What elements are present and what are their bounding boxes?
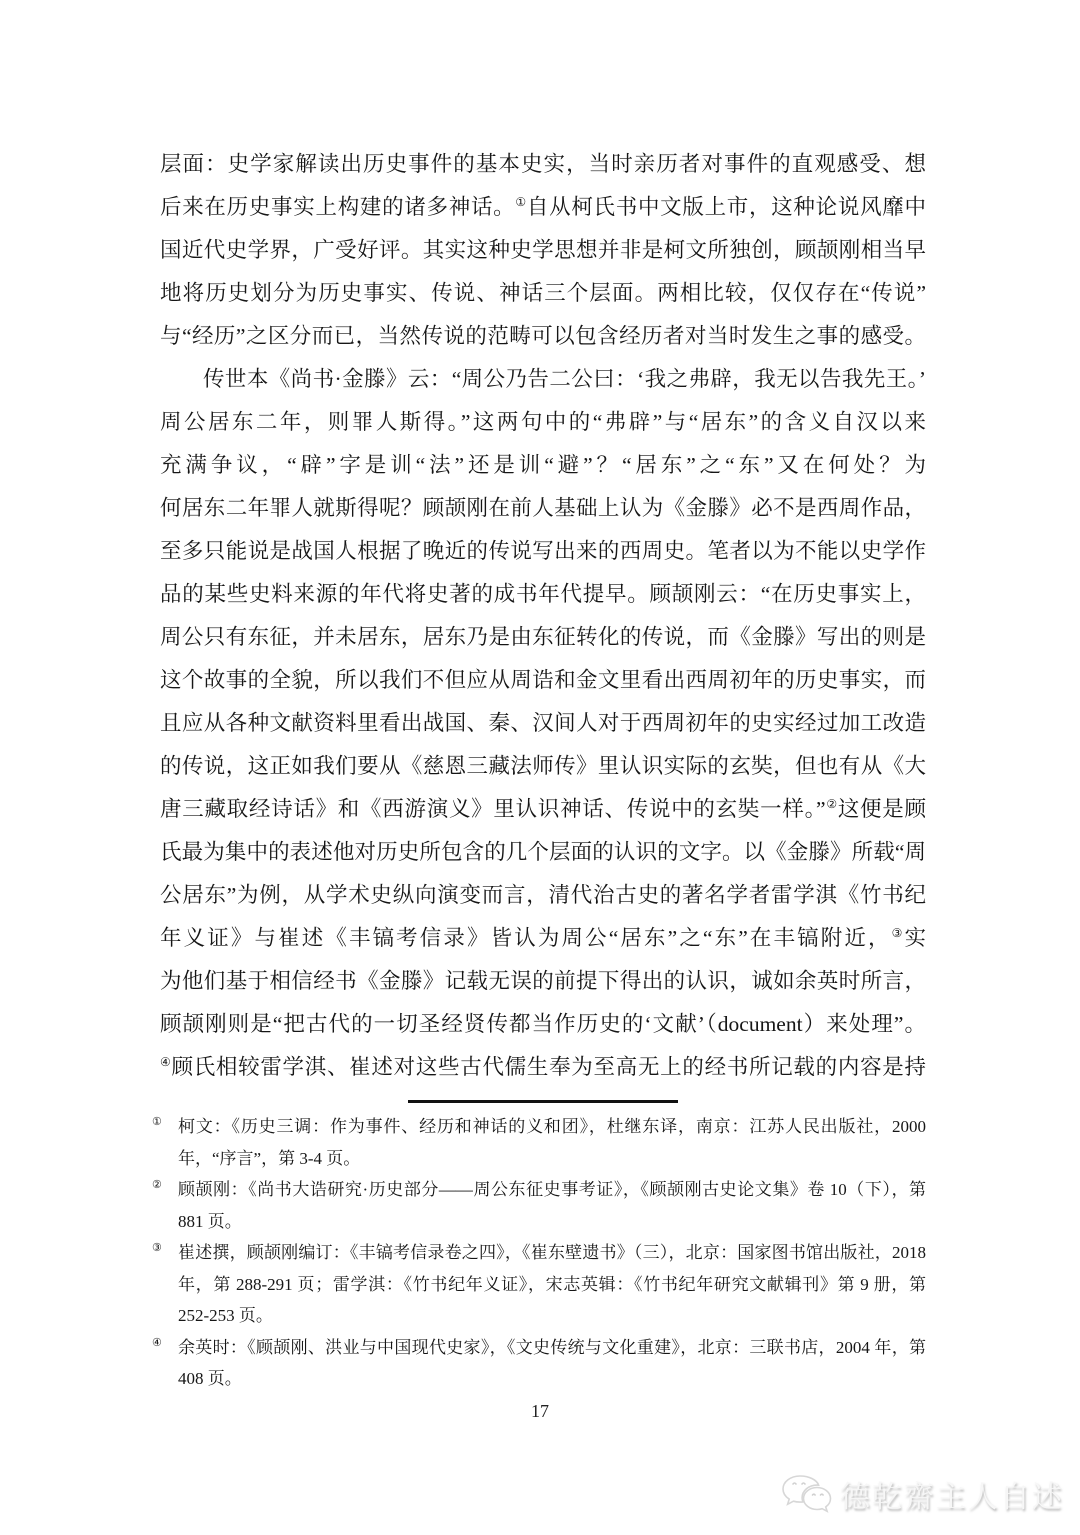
footnotes: ①柯文：《历史三调：作为事件、经历和神话的义和团》，杜继东译，南京：江苏人民出版…: [150, 1111, 926, 1395]
body-line: 地将历史划分为历史事实、传说、神话三个层面。两相比较，仅仅存在“传说”: [160, 272, 926, 315]
watermark-text: 德乾齋主人自述: [840, 1472, 1064, 1516]
body-line: 的传说，这正如我们要从《慈恩三藏法师传》里认识实际的玄奘，但也有从《大: [160, 745, 926, 788]
body-line: 周公只有东征，并未居东，居东乃是由东征转化的传说，而《金滕》写出的则是: [160, 616, 926, 659]
footnote-item: ②顾颉刚：《尚书大诰研究·历史部分——周公东征史事考证》，《顾颉刚古史论文集》卷…: [150, 1174, 926, 1237]
body-line: 年义证》与崔述《丰镐考信录》皆认为周公“居东”之“东”在丰镐附近，③实: [160, 917, 926, 960]
wechat-icon: [780, 1473, 832, 1515]
footnote-text: 柯文：《历史三调：作为事件、经历和神话的义和团》，杜继东译，南京：江苏人民出版社…: [178, 1117, 926, 1168]
body-line: 至多只能说是战国人根据了晚近的传说写出来的西周史。笔者以为不能以史学作: [160, 530, 926, 573]
footnote-text: 顾颉刚：《尚书大诰研究·历史部分——周公东征史事考证》，《顾颉刚古史论文集》卷 …: [178, 1180, 926, 1231]
footnote-ref: ③: [892, 926, 905, 940]
body-line: ④顾氏相较雷学淇、崔述对这些古代儒生奉为至高无上的经书所记载的内容是持: [160, 1046, 926, 1089]
body-line: 品的某些史料来源的年代将史著的成书年代提早。顾颉刚云：“在历史事实上，: [160, 573, 926, 616]
footnote-marker: ④: [152, 1328, 162, 1360]
body-line: 为他们基于相信经书《金滕》记载无误的前提下得出的认识，诚如余英时所言，: [160, 960, 926, 1003]
body-line: 传世本《尚书·金滕》云：“周公乃告二公曰：‘我之弗辟，我无以告我先王。’: [160, 358, 926, 401]
watermark: 德乾齋主人自述: [780, 1472, 1064, 1516]
page-number: 17: [0, 1401, 1080, 1422]
body-line: 与“经历”之区分而已，当然传说的范畴可以包含经历者对当时发生之事的感受。: [160, 315, 926, 358]
footnote-marker: ②: [152, 1170, 162, 1202]
document-page: 层面：史学家解读出历史事件的基本史实，当时亲历者对事件的直观感受、想法，后来在历…: [0, 0, 1080, 1535]
body-text: 层面：史学家解读出历史事件的基本史实，当时亲历者对事件的直观感受、想法，后来在历…: [160, 143, 926, 1089]
footnote-ref: ②: [826, 797, 838, 811]
footnote-item: ①柯文：《历史三调：作为事件、经历和神话的义和团》，杜继东译，南京：江苏人民出版…: [150, 1111, 926, 1174]
body-line: 后来在历史事实上构建的诸多神话。①自从柯氏书中文版上市，这种论说风靡中: [160, 186, 926, 229]
footnote-ref: ①: [515, 195, 526, 209]
body-line: 何居东二年罪人就斯得呢？顾颉刚在前人基础上认为《金滕》必不是西周作品，: [160, 487, 926, 530]
body-line: 周公居东二年，则罪人斯得。”这两句中的“弗辟”与“居东”的含义自汉以来: [160, 401, 926, 444]
footnote-text: 余英时：《顾颉刚、洪业与中国现代史家》，《文史传统与文化重建》，北京：三联书店，…: [178, 1338, 926, 1389]
footnote-marker: ①: [152, 1107, 162, 1139]
body-line: 氏最为集中的表述他对历史所包含的几个层面的认识的文字。以《金滕》所载“周: [160, 831, 926, 874]
body-line: 公居东”为例，从学术史纵向演变而言，清代治古史的著名学者雷学淇《竹书纪: [160, 874, 926, 917]
body-line: 层面：史学家解读出历史事件的基本史实，当时亲历者对事件的直观感受、想法，: [160, 143, 926, 186]
body-line: 充满争议，“辟”字是训“法”还是训“避”？“居东”之“东”又在何处？为: [160, 444, 926, 487]
page-content: 层面：史学家解读出历史事件的基本史实，当时亲历者对事件的直观感受、想法，后来在历…: [160, 143, 926, 1395]
body-line: 国近代史学界，广受好评。其实这种史学思想并非是柯文所独创，顾颉刚相当早: [160, 229, 926, 272]
footnote-marker: ③: [152, 1233, 162, 1265]
body-line: 且应从各种文献资料里看出战国、秦、汉间人对于西周初年的史实经过加工改造: [160, 702, 926, 745]
footnote-separator: [408, 1100, 678, 1103]
body-line: 这个故事的全貌，所以我们不但应从周诰和金文里看出西周初年的历史事实，而: [160, 659, 926, 702]
footnote-ref: ④: [160, 1055, 171, 1069]
footnote-text: 崔述撰，顾颉刚编订：《丰镐考信录卷之四》，《崔东壁遗书》（三），北京：国家图书馆…: [178, 1243, 926, 1325]
footnote-item: ③崔述撰，顾颉刚编订：《丰镐考信录卷之四》，《崔东壁遗书》（三），北京：国家图书…: [150, 1237, 926, 1332]
footnote-item: ④余英时：《顾颉刚、洪业与中国现代史家》，《文史传统与文化重建》，北京：三联书店…: [150, 1332, 926, 1395]
body-line: 顾颉刚则是“把古代的一切圣经贤传都当作历史的‘文献’（document）来处理”…: [160, 1003, 926, 1046]
body-line: 唐三藏取经诗话》和《西游演义》里认识神话、传说中的玄奘一样。”②这便是顾: [160, 788, 926, 831]
